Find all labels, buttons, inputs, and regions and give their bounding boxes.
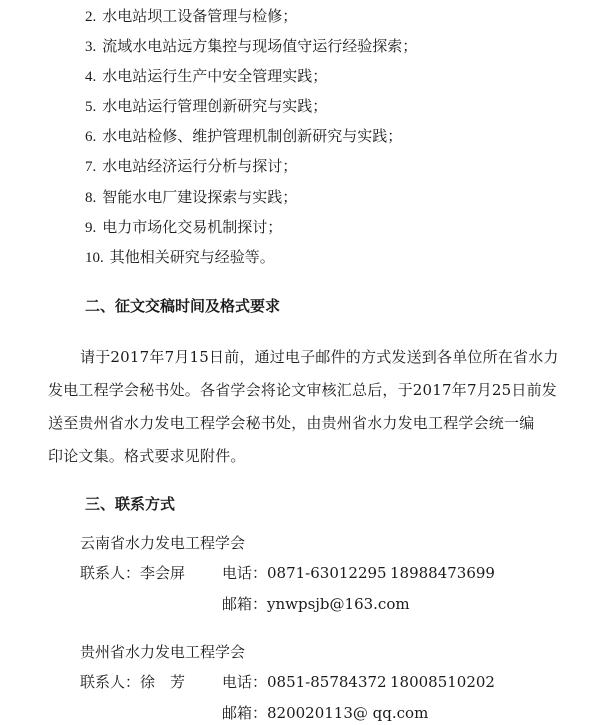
contact-email: 邮箱：820020113@ qq.com <box>222 703 428 723</box>
list-item-text: 电力市场化交易机制探讨； <box>102 218 282 236</box>
contact-email: 邮箱：ynwpsjb@163.com <box>222 594 410 614</box>
list-item-number: 5. <box>85 97 96 117</box>
list-item-text: 水电站检修、维护管理机制创新研究与实践； <box>102 127 402 145</box>
contact-org: 云南省水力发电工程学会 <box>80 533 245 553</box>
list-item: 6.水电站检修、维护管理机制创新研究与实践； <box>85 126 402 147</box>
list-item-text: 水电站坝工设备管理与检修； <box>102 7 297 25</box>
list-item-number: 6. <box>85 127 96 147</box>
list-item-number: 8. <box>85 188 96 208</box>
list-item-text: 其他相关研究与经验等。 <box>110 248 275 266</box>
list-item-text: 水电站经济运行分析与探讨； <box>102 157 297 175</box>
list-item: 7.水电站经济运行分析与探讨； <box>85 156 297 177</box>
contact-mobile: 18008510202 <box>390 672 495 692</box>
list-item: 9.电力市场化交易机制探讨； <box>85 217 282 238</box>
list-item-number: 4. <box>85 67 96 87</box>
list-item-number: 3. <box>85 37 96 57</box>
list-item: 5.水电站运行管理创新研究与实践； <box>85 96 327 117</box>
paragraph-line: 印论文集。格式要求见附件。 <box>48 446 558 466</box>
list-item-number: 9. <box>85 218 96 238</box>
list-item: 2.水电站坝工设备管理与检修； <box>85 6 297 27</box>
list-item: 4.水电站运行生产中安全管理实践； <box>85 66 327 87</box>
contact-org: 贵州省水力发电工程学会 <box>80 642 245 662</box>
section-heading-contact: 三、联系方式 <box>85 494 175 514</box>
paragraph-line: 送至贵州省水力发电工程学会秘书处，由贵州省水力发电工程学会统一编 <box>48 413 558 433</box>
contact-mobile: 18988473699 <box>390 563 495 583</box>
list-item-text: 水电站运行管理创新研究与实践； <box>102 97 327 115</box>
list-item-number: 2. <box>85 7 96 27</box>
list-item-text: 智能水电厂建设探索与实践； <box>102 188 297 206</box>
list-item-number: 7. <box>85 157 96 177</box>
list-item: 8.智能水电厂建设探索与实践； <box>85 187 297 208</box>
list-item: 3.流域水电站远方集控与现场值守运行经验探索； <box>85 36 417 57</box>
paragraph-line: 发电工程学会秘书处。各省学会将论文审核汇总后，于2017年7月25日前发 <box>48 380 558 400</box>
contact-person: 联系人：李会屏 <box>80 563 185 583</box>
section-heading-submission: 二、征文交稿时间及格式要求 <box>85 296 280 316</box>
contact-person: 联系人：徐 芳 <box>80 672 185 692</box>
list-item-number: 10. <box>85 248 104 268</box>
contact-phone: 电话：0871-63012295 <box>222 563 387 583</box>
paragraph-line: 请于2017年7月15日前，通过电子邮件的方式发送到各单位所在省水力 <box>80 347 590 367</box>
list-item: 10.其他相关研究与经验等。 <box>85 247 275 268</box>
list-item-text: 水电站运行生产中安全管理实践； <box>102 67 327 85</box>
contact-phone: 电话：0851-85784372 <box>222 672 387 692</box>
list-item-text: 流域水电站远方集控与现场值守运行经验探索； <box>102 37 417 55</box>
